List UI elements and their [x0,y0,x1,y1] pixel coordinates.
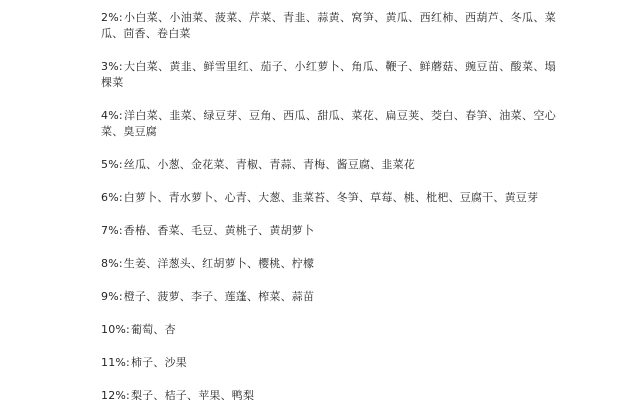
page: { "page": { "background": "#ffffff", "te… [0,0,640,400]
item-list: 梨子、桔子、苹果、鸭梨 [131,389,254,400]
percent-label: 11%: [101,356,130,369]
entry-8-percent: 8%:生姜、洋葱头、红胡萝卜、樱桃、柠檬 [101,256,556,272]
percent-label: 9%: [101,290,123,303]
item-list: 葡萄、杏 [131,323,176,336]
item-list: 生姜、洋葱头、红胡萝卜、樱桃、柠檬 [124,257,314,270]
percent-label: 4%: [101,109,123,122]
percent-label: 12%: [101,389,130,400]
entry-11-percent: 11%:柿子、沙果 [101,355,556,371]
entry-7-percent: 7%:香椿、香菜、毛豆、黄桃子、黄胡萝卜 [101,223,556,239]
item-list: 洋白菜、韭菜、绿豆芽、豆角、西瓜、甜瓜、菜花、扁豆荚、茭白、春笋、油菜、空心菜、… [101,109,556,138]
item-list: 橙子、菠萝、李子、莲蓬、榨菜、蒜苗 [124,290,314,303]
percent-label: 3%: [101,60,123,73]
entry-6-percent: 6%:白萝卜、青水萝卜、心青、大葱、韭菜苔、冬笋、草莓、桃、枇杷、豆腐干、黄豆芽 [101,190,556,206]
percent-label: 7%: [101,224,123,237]
percent-label: 2%: [101,11,123,24]
item-list: 香椿、香菜、毛豆、黄桃子、黄胡萝卜 [124,224,314,237]
percent-label: 8%: [101,257,123,270]
item-list: 白萝卜、青水萝卜、心青、大葱、韭菜苔、冬笋、草莓、桃、枇杷、豆腐干、黄豆芽 [124,191,538,204]
item-list: 大白菜、黄韭、鲜雪里红、茄子、小红萝卜、角瓜、鞭子、鲜蘑菇、豌豆苗、酸菜、塌棵菜 [101,60,556,89]
percent-label: 5%: [101,158,123,171]
sugar-content-list: 2%:小白菜、小油菜、菠菜、芹菜、青韭、蒜黄、窝笋、黄瓜、西红柿、西葫芦、冬瓜、… [101,0,556,400]
entry-4-percent: 4%:洋白菜、韭菜、绿豆芽、豆角、西瓜、甜瓜、菜花、扁豆荚、茭白、春笋、油菜、空… [101,108,556,140]
item-list: 小白菜、小油菜、菠菜、芹菜、青韭、蒜黄、窝笋、黄瓜、西红柿、西葫芦、冬瓜、菜瓜、… [101,11,556,40]
percent-label: 6%: [101,191,123,204]
entry-9-percent: 9%:橙子、菠萝、李子、莲蓬、榨菜、蒜苗 [101,289,556,305]
entry-10-percent: 10%:葡萄、杏 [101,322,556,338]
entry-5-percent: 5%:丝瓜、小葱、金花菜、青椒、青蒜、青梅、酱豆腐、韭菜花 [101,157,556,173]
entry-2-percent: 2%:小白菜、小油菜、菠菜、芹菜、青韭、蒜黄、窝笋、黄瓜、西红柿、西葫芦、冬瓜、… [101,10,556,42]
percent-label: 10%: [101,323,130,336]
entry-12-percent: 12%:梨子、桔子、苹果、鸭梨 [101,388,556,400]
item-list: 柿子、沙果 [131,356,187,369]
item-list: 丝瓜、小葱、金花菜、青椒、青蒜、青梅、酱豆腐、韭菜花 [124,158,415,171]
entry-3-percent: 3%:大白菜、黄韭、鲜雪里红、茄子、小红萝卜、角瓜、鞭子、鲜蘑菇、豌豆苗、酸菜、… [101,59,556,91]
